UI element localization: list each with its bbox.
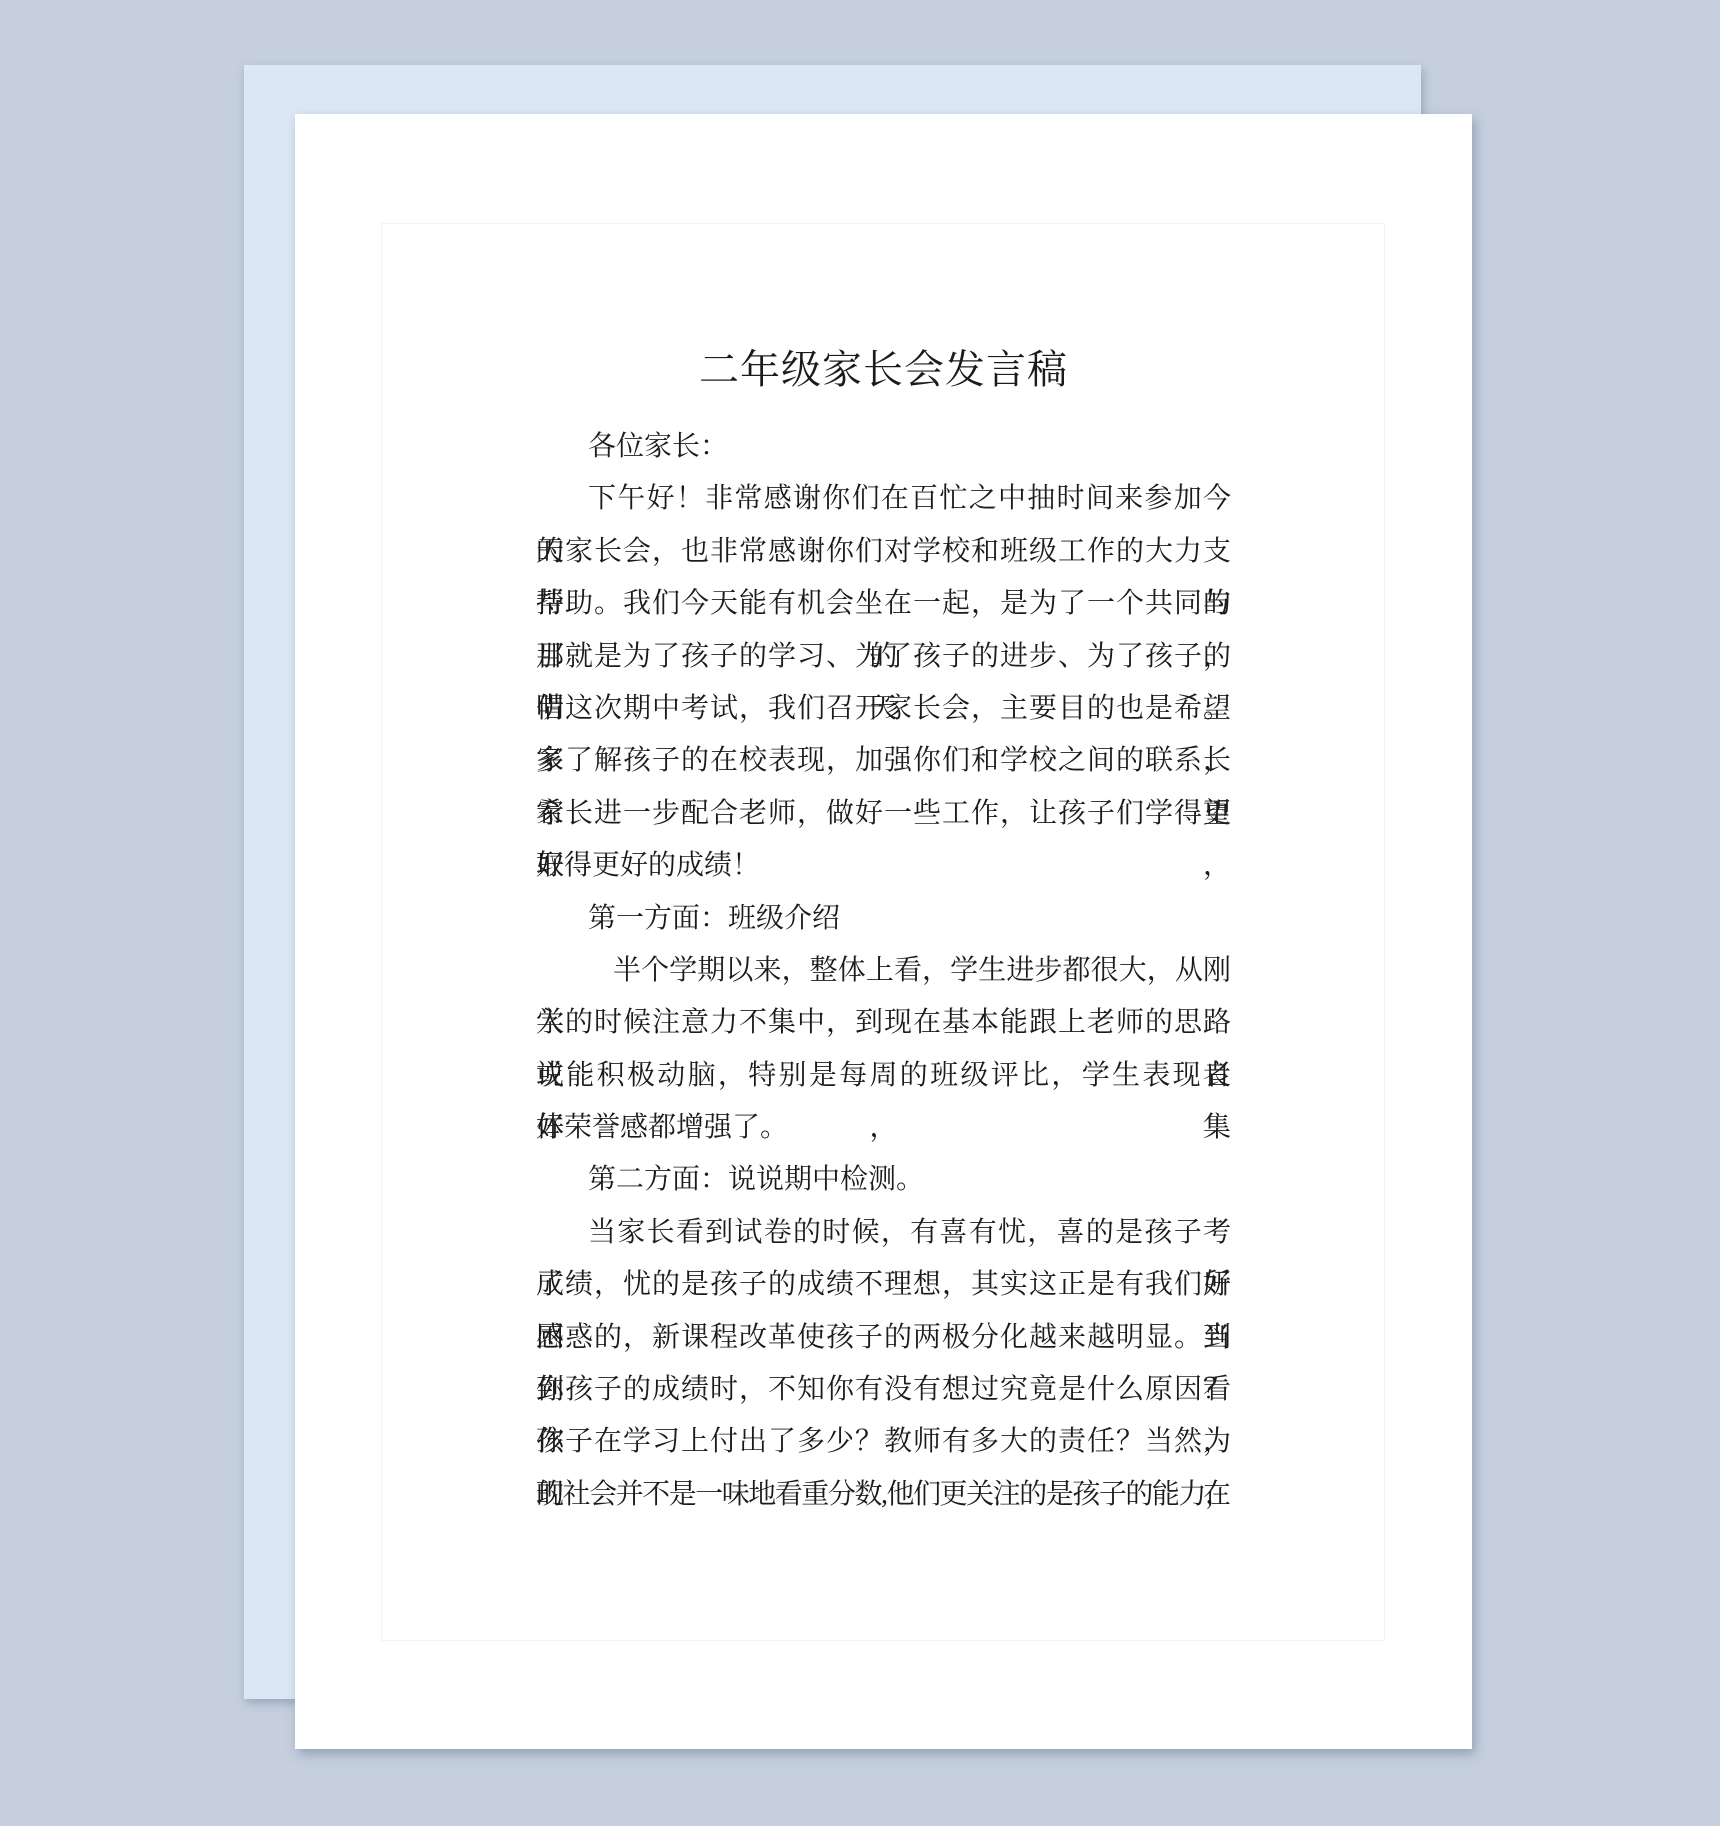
- doc-line: 那就是为了孩子的学习、为了孩子的进步、为了孩子的明天。: [536, 631, 1231, 683]
- doc-line: 说能积极动脑，特别是每周的班级评比，学生表现良好，集: [536, 1050, 1231, 1102]
- document-title: 二年级家长会发言稿: [536, 342, 1231, 398]
- doc-line: 帮助。我们今天能有机会坐在一起，是为了一个共同的目的，: [536, 578, 1231, 630]
- doc-line: 成绩，忧的是孩子的成绩不理想，其实这正是有我们所感到: [536, 1259, 1231, 1311]
- document-body: 各位家长： 下午好！非常感谢你们在百忙之中抽时间来参加今天 的家长会，也非常感谢…: [536, 421, 1231, 1521]
- doc-line: 第二方面：说说期中检测。: [536, 1154, 1231, 1206]
- doc-line: 当家长看到试卷的时候，有喜有忧，喜的是孩子考了好: [536, 1207, 1231, 1259]
- document-page: 二年级家长会发言稿 各位家长： 下午好！非常感谢你们在百忙之中抽时间来参加今天 …: [295, 114, 1472, 1749]
- doc-line: 困惑的，新课程改革使孩子的两极分化越来越明显。当你看: [536, 1312, 1231, 1364]
- doc-line: 的家长会，也非常感谢你们对学校和班级工作的大力支持与: [536, 526, 1231, 578]
- doc-line: 孩子在学习上付出了多少？教师有多大的责任？当然，现在: [536, 1416, 1231, 1468]
- doc-line: 到孩子的成绩时，不知你有没有想过究竟是什么原因？你为: [536, 1364, 1231, 1416]
- doc-line: 多了解孩子的在校表现，加强你们和学校之间的联系，希望: [536, 735, 1231, 787]
- doc-line: 家长进一步配合老师，做好一些工作，让孩子们学得更好，: [536, 788, 1231, 840]
- doc-line: 各位家长：: [536, 421, 1231, 473]
- doc-line: 借这次期中考试，我们召开家长会，主要目的也是希望家长: [536, 683, 1231, 735]
- doc-line: 学的时候注意力不集中，到现在基本能跟上老师的思路或者: [536, 997, 1231, 1049]
- doc-line: 下午好！非常感谢你们在百忙之中抽时间来参加今天: [536, 473, 1231, 525]
- doc-line: 的社会并不是一味地看重分数,他们更关注的是孩子的能力，: [536, 1469, 1231, 1521]
- desktop-background: { "document": { "title": "二年级家长会发言稿", "l…: [0, 0, 1720, 1826]
- doc-line: 第一方面：班级介绍: [536, 893, 1231, 945]
- doc-line: 半个学期以来，整体上看，学生进步都很大，从刚入: [536, 945, 1231, 997]
